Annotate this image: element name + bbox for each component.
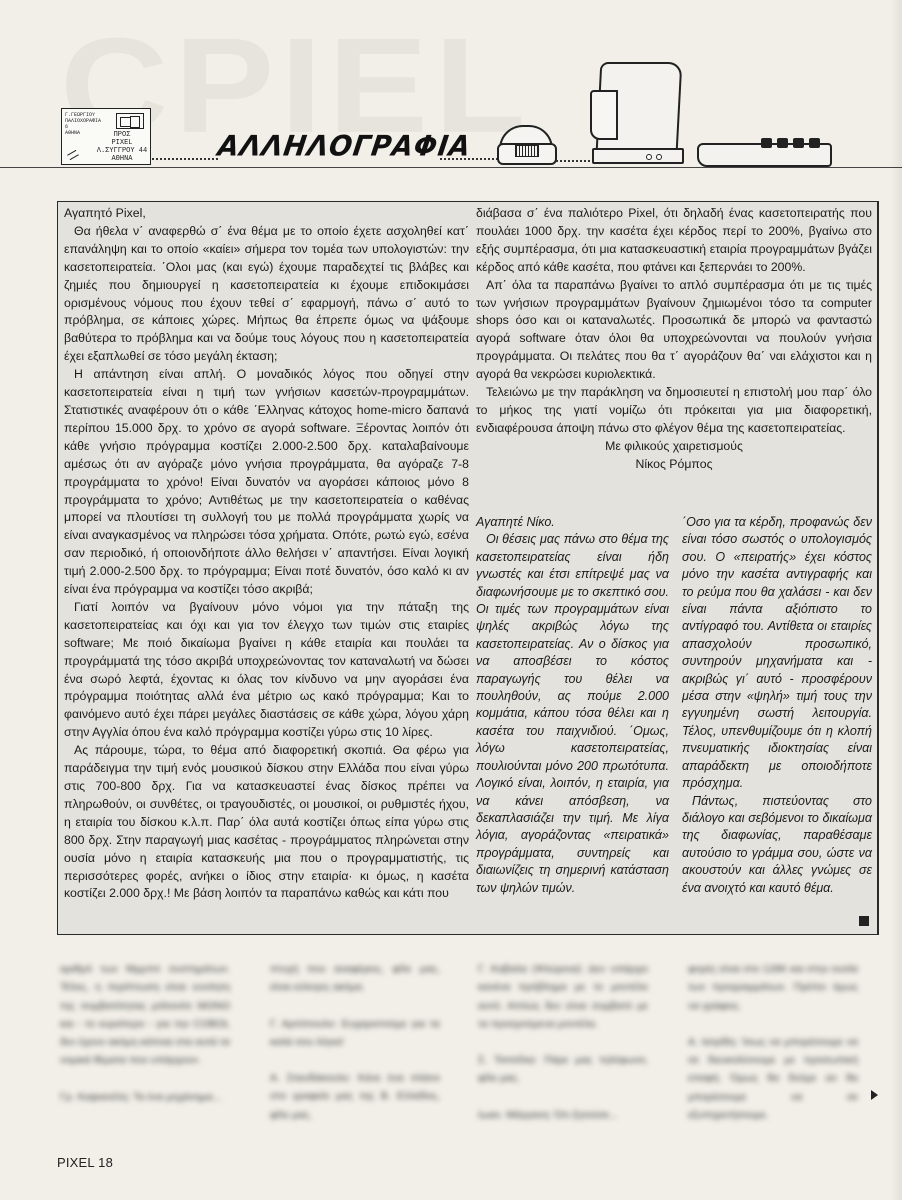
page-number: PIXEL 18 — [57, 1155, 113, 1170]
envelope-illustration: Γ.ΓΕΩΡΓΙΟΥ ΠΑΛΙΟΧΟΡΑΦΙΑ 6 ΑΘΗΝΑ ΠΡΟΣ PIX… — [61, 108, 151, 165]
blurred-column: αριθμό των Μμμπιτ συστημάτων. Τέλος, η π… — [60, 960, 230, 1124]
recipient-line: ΑΘΗΝΑ — [94, 155, 150, 163]
reply-salutation: Αγαπητέ Νίκο. — [476, 514, 669, 531]
blurred-paragraph: Α. Ιατρίδη: Ίσως να μπορέσουμε να σε διε… — [688, 1033, 858, 1124]
page-edge-shadow — [890, 0, 902, 1200]
section-header: Γ.ΓΕΩΡΓΙΟΥ ΠΑΛΙΟΧΟΡΑΦΙΑ 6 ΑΘΗΝΑ ΠΡΟΣ PIX… — [0, 0, 902, 175]
header-divider — [0, 167, 902, 168]
reply-column-right: ΄Οσο για τα κέρδη, προφανώς δεν είναι τό… — [682, 514, 872, 897]
blurred-paragraph: Α. Σταυδάκουλο: Κάνε ένα πλάνο στο γραφε… — [270, 1069, 440, 1124]
letter-paragraph: Ας πάρουμε, τώρα, το θέμα από διαφορετικ… — [64, 742, 469, 903]
computer-monitor-icon — [588, 60, 688, 168]
letter-paragraph: Τελειώνω με την παράκληση να δημοσιευτεί… — [476, 384, 872, 438]
recipient-line: ΠΡΟΣ — [94, 131, 150, 139]
telephone-icon — [497, 125, 557, 167]
letter-paragraph: Η απάντηση είναι απλή. Ο μοναδικός λόγος… — [64, 366, 469, 599]
cord-line — [556, 160, 590, 164]
blurred-paragraph: Ιωαν. Μάγγανη: Ότι ζητούσε... — [478, 1106, 648, 1124]
blurred-paragraph: Γ. Αρτόπουλο: Ευχαριστούμε για τα καλά σ… — [270, 1015, 440, 1052]
stamp-icon — [116, 113, 144, 129]
keyboard-icon — [697, 143, 832, 167]
reply-paragraph: Πάντως, πιστεύοντας στο διάλογο και σεβό… — [682, 793, 872, 897]
blurred-paragraph: φορές είναι στο 128K και στην ουσία των … — [688, 960, 858, 1015]
cord-line — [440, 158, 498, 162]
letter-paragraph: Γιατί λοιπόν να βγαίνουν μόνο νόμοι για … — [64, 599, 469, 742]
recipient-line: Λ.ΣΥΓΓΡΟΥ 44 — [94, 147, 150, 155]
blurred-paragraph: αριθμό των Μμμπιτ συστημάτων. Τέλος, η π… — [60, 960, 230, 1070]
letter-paragraph: Απ΄ όλα τα παραπάνω βγαίνει το απλό συμπ… — [476, 277, 872, 384]
letter-paragraph: Θα ήθελα ν΄ αναφερθώ σ΄ ένα θέμα με το ο… — [64, 223, 469, 366]
blurred-paragraph: Σ. Τσιτσίλια: Πάρε μας τηλέφωνο, φίλε μα… — [478, 1051, 648, 1088]
letter-column-right: διάβασα σ΄ ένα παλιότερο Pixel, ότι δηλα… — [476, 205, 872, 474]
continue-arrow-icon — [871, 1090, 878, 1100]
blurred-column: Γ. Καβαλα (Φλώρινα): Δεν υπάρχει κανένα … — [478, 960, 648, 1142]
blurred-paragraph: Γ. Καβαλα (Φλώρινα): Δεν υπάρχει κανένα … — [478, 960, 648, 1033]
letter-closing: Με φιλικούς χαιρετισμούς — [476, 438, 872, 456]
postmark-icon — [67, 150, 79, 160]
blurred-paragraph: πτυχή που αναφέρεις, φίλε μας, είναι εύλ… — [270, 960, 440, 997]
blurred-column: πτυχή που αναφέρεις, φίλε μας, είναι εύλ… — [270, 960, 440, 1142]
reply-paragraph: Οι θέσεις μας πάνω στο θέμα της κασετοπε… — [476, 531, 669, 897]
blurred-column: φορές είναι στο 128K και στην ουσία των … — [688, 960, 858, 1142]
blurred-paragraph: Γρ. Καψιανέλη: Τα ένα μηχάνημα... — [60, 1088, 230, 1106]
letter-paragraph: διάβασα σ΄ ένα παλιότερο Pixel, ότι δηλα… — [476, 205, 872, 277]
reply-column-left: Αγαπητέ Νίκο. Οι θέσεις μας πάνω στο θέμ… — [476, 514, 669, 897]
envelope-recipient: ΠΡΟΣ PIXEL Λ.ΣΥΓΓΡΟΥ 44 ΑΘΗΝΑ — [94, 131, 150, 163]
section-title: ΑΛΛΗΛΟΓΡΑΦΙΑ — [216, 130, 473, 163]
sender-line: ΠΑΛΙΟΧΟΡΑΦΙΑ 6 — [65, 118, 105, 130]
blurred-next-section: αριθμό των Μμμπιτ συστημάτων. Τέλος, η π… — [60, 960, 880, 1160]
cord-line — [152, 158, 218, 162]
reply-paragraph: ΄Οσο για τα κέρδη, προφανώς δεν είναι τό… — [682, 514, 872, 793]
letter-column-left: Αγαπητό Pixel, Θα ήθελα ν΄ αναφερθώ σ΄ έ… — [64, 205, 469, 903]
recipient-line: PIXEL — [94, 139, 150, 147]
letter-salutation: Αγαπητό Pixel, — [64, 205, 469, 223]
letter-signature: Νίκος Ρόμπος — [476, 456, 872, 474]
end-of-article-icon — [859, 916, 869, 926]
letter-box: Αγαπητό Pixel, Θα ήθελα ν΄ αναφερθώ σ΄ έ… — [57, 201, 879, 935]
